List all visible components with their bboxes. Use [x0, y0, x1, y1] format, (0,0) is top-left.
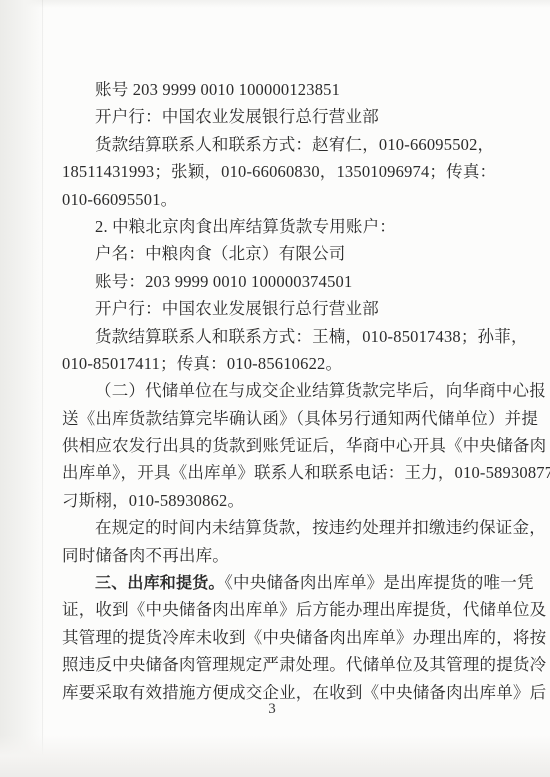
text-line: 010-85017411；传真：010-85610622。: [62, 350, 494, 377]
scan-shadow-bottom: [0, 735, 550, 777]
text-line: 账号 203 9999 0010 100000123851: [62, 76, 494, 103]
text-line: 010-66095501。: [62, 186, 494, 213]
text-line: 18511431993；张颖，010-66060830，13501096974；…: [62, 158, 494, 185]
text-line: 照违反中央储备肉管理规定严肃处理。代储单位及其管理的提货冷: [62, 651, 494, 678]
scan-shadow-left: [0, 0, 45, 777]
text-line: 开户行：中国农业发展银行总行营业部: [62, 103, 494, 130]
text-line: 出库单》，开具《出库单》联系人和联系电话：王力，010-58930877；: [62, 459, 494, 486]
scan-shadow-top: [0, 0, 550, 8]
text-line: 刁斯栩，010-58930862。: [62, 487, 494, 514]
text-line: 其管理的提货冷库未收到《中央储备肉出库单》办理出库的，将按: [62, 624, 494, 651]
text-line: 账号：203 9999 0010 100000374501: [62, 268, 494, 295]
text-line: 2. 中粮北京肉食出库结算货款专用账户：: [62, 213, 494, 240]
scanned-document-page: 账号 203 9999 0010 100000123851 开户行：中国农业发展…: [0, 0, 550, 777]
text-line: 货款结算联系人和联系方式：赵宥仁，010-66095502，: [62, 131, 494, 158]
text-line: 户名：中粮肉食（北京）有限公司: [62, 240, 494, 267]
text-line: 开户行：中国农业发展银行总行营业部: [62, 295, 494, 322]
scan-edge-line: [42, 0, 43, 777]
text-line: 货款结算联系人和联系方式：王楠，010-85017438；孙菲，: [62, 323, 494, 350]
section-heading: 三、出库和提货。: [95, 575, 225, 592]
section-heading-rest: 《中央储备肉出库单》是出库提货的唯一凭: [225, 573, 534, 592]
text-line: 同时储备肉不再出库。: [62, 542, 494, 569]
document-text-block: 账号 203 9999 0010 100000123851 开户行：中国农业发展…: [62, 76, 494, 706]
text-line: 供相应农发行出具的货款到账凭证后，华商中心开具《中央储备肉: [62, 432, 494, 459]
text-line: 证，收到《中央储备肉出库单》后方能办理出库提货，代储单位及: [62, 596, 494, 623]
section-heading-line: 三、出库和提货。《中央储备肉出库单》是出库提货的唯一凭: [62, 569, 494, 596]
page-number: 3: [0, 701, 544, 718]
text-line: 在规定的时间内未结算货款，按违约处理并扣缴违约保证金，: [62, 514, 494, 541]
text-line: 送《出库货款结算完毕确认函》（具体另行通知两代储单位）并提: [62, 405, 494, 432]
text-line: （二）代储单位在与成交企业结算货款完毕后，向华商中心报: [62, 377, 494, 404]
